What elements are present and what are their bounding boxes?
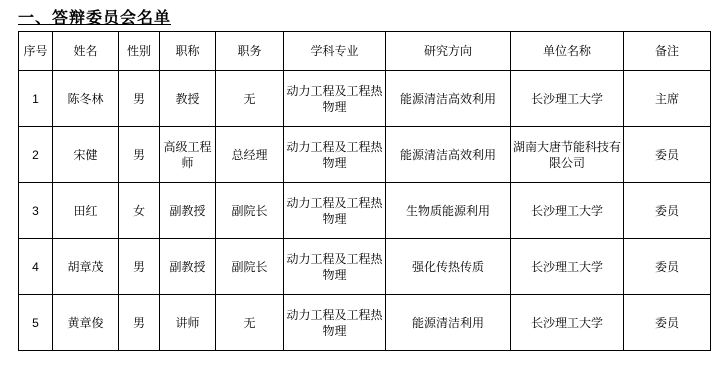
document-page: 一、答辩委员会名单 序号 姓名 性别 职称 职务 学科专业 研究方向 单位名称 … [0, 0, 712, 366]
col-header-remark: 备注 [624, 32, 711, 71]
cell-seq: 5 [19, 295, 53, 351]
cell-seq: 1 [19, 71, 53, 127]
cell-gender: 男 [119, 127, 160, 183]
cell-remark: 委员 [624, 295, 711, 351]
cell-research: 强化传热传质 [386, 239, 511, 295]
col-header-position: 职务 [216, 32, 284, 71]
cell-research: 能源清洁高效利用 [386, 71, 511, 127]
col-header-gender: 性别 [119, 32, 160, 71]
cell-organization: 长沙理工大学 [511, 183, 624, 239]
cell-discipline: 动力工程及工程热物理 [284, 239, 386, 295]
cell-organization: 湖南大唐节能科技有限公司 [511, 127, 624, 183]
col-header-seq: 序号 [19, 32, 53, 71]
cell-organization: 长沙理工大学 [511, 71, 624, 127]
table-row: 5 黄章俊 男 讲师 无 动力工程及工程热物理 能源清洁利用 长沙理工大学 委员 [19, 295, 711, 351]
cell-name: 黄章俊 [53, 295, 119, 351]
cell-name: 陈冬林 [53, 71, 119, 127]
col-header-organization: 单位名称 [511, 32, 624, 71]
cell-remark: 委员 [624, 127, 711, 183]
cell-title: 高级工程师 [160, 127, 216, 183]
cell-position: 副院长 [216, 183, 284, 239]
cell-research: 能源清洁高效利用 [386, 127, 511, 183]
cell-discipline: 动力工程及工程热物理 [284, 295, 386, 351]
cell-gender: 女 [119, 183, 160, 239]
cell-name: 田红 [53, 183, 119, 239]
col-header-discipline: 学科专业 [284, 32, 386, 71]
cell-remark: 主席 [624, 71, 711, 127]
table-row: 2 宋健 男 高级工程师 总经理 动力工程及工程热物理 能源清洁高效利用 湖南大… [19, 127, 711, 183]
cell-title: 教授 [160, 71, 216, 127]
cell-gender: 男 [119, 295, 160, 351]
cell-seq: 4 [19, 239, 53, 295]
table-row: 1 陈冬林 男 教授 无 动力工程及工程热物理 能源清洁高效利用 长沙理工大学 … [19, 71, 711, 127]
cell-remark: 委员 [624, 183, 711, 239]
table-row: 4 胡章茂 男 副教授 副院长 动力工程及工程热物理 强化传热传质 长沙理工大学… [19, 239, 711, 295]
cell-research: 生物质能源利用 [386, 183, 511, 239]
cell-organization: 长沙理工大学 [511, 239, 624, 295]
cell-name: 胡章茂 [53, 239, 119, 295]
table-header-row: 序号 姓名 性别 职称 职务 学科专业 研究方向 单位名称 备注 [19, 32, 711, 71]
cell-gender: 男 [119, 239, 160, 295]
cell-discipline: 动力工程及工程热物理 [284, 71, 386, 127]
cell-position: 无 [216, 295, 284, 351]
cell-title: 副教授 [160, 183, 216, 239]
cell-name: 宋健 [53, 127, 119, 183]
cell-research: 能源清洁利用 [386, 295, 511, 351]
cell-organization: 长沙理工大学 [511, 295, 624, 351]
cell-seq: 2 [19, 127, 53, 183]
cell-discipline: 动力工程及工程热物理 [284, 127, 386, 183]
col-header-name: 姓名 [53, 32, 119, 71]
cell-position: 副院长 [216, 239, 284, 295]
cell-position: 无 [216, 71, 284, 127]
cell-gender: 男 [119, 71, 160, 127]
cell-title: 副教授 [160, 239, 216, 295]
cell-discipline: 动力工程及工程热物理 [284, 183, 386, 239]
section-title: 一、答辩委员会名单 [18, 9, 712, 28]
cell-title: 讲师 [160, 295, 216, 351]
cell-seq: 3 [19, 183, 53, 239]
col-header-research: 研究方向 [386, 32, 511, 71]
col-header-title: 职称 [160, 32, 216, 71]
committee-table: 序号 姓名 性别 职称 职务 学科专业 研究方向 单位名称 备注 1 陈冬林 男… [18, 31, 711, 351]
cell-position: 总经理 [216, 127, 284, 183]
table-row: 3 田红 女 副教授 副院长 动力工程及工程热物理 生物质能源利用 长沙理工大学… [19, 183, 711, 239]
cell-remark: 委员 [624, 239, 711, 295]
